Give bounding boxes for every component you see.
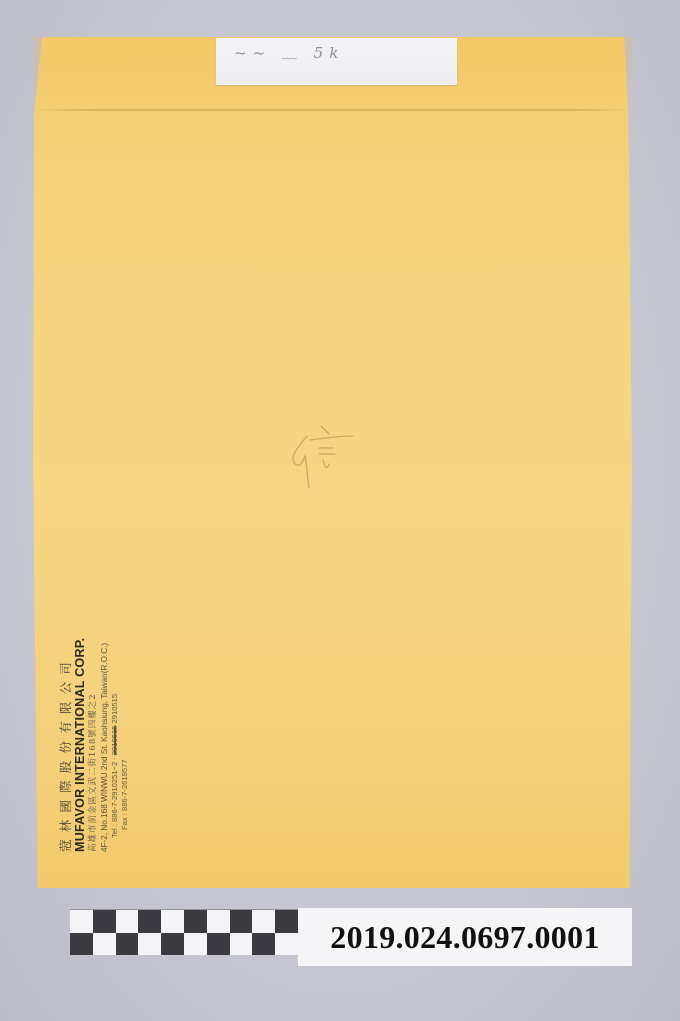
scale-square [275,910,298,933]
tape-handwriting: ~~ ﹏ 5k [234,42,344,63]
flap-fold-line [33,109,632,111]
color-scale-bar [70,910,298,955]
company-name-zh: 蒄林國際股份有限公司 [58,638,73,852]
scale-square [161,910,184,933]
fax: Fax : 886-7-2619577 [120,638,130,852]
scale-square [70,933,93,956]
accession-number: 2019.024.0697.0001 [330,919,599,956]
scale-square [252,933,275,956]
address-zh: 高雄市前金區文武二街168號四樓之2 [87,638,99,852]
scale-square [93,910,116,933]
scale-square [93,933,116,956]
scale-square [207,910,230,933]
scale-square [184,933,207,956]
scale-square [70,910,93,933]
telephone: Tel : 886-7-2910251~2 ‧ 2910515 2910515 [110,638,120,852]
scale-square [275,933,298,956]
company-name-en: MUFAVOR INTERNATIONAL CORP. [73,638,87,852]
scale-square [161,933,184,956]
scale-square [138,933,161,956]
accession-number-label: 2019.024.0697.0001 [298,908,632,966]
scale-square [230,933,253,956]
scale-square [207,933,230,956]
scale-square [184,910,207,933]
sender-address-stamp: 蒄林國際股份有限公司 MUFAVOR INTERNATIONAL CORP. 高… [58,638,130,852]
scale-square [230,910,253,933]
pencil-mark [285,418,365,498]
struck-number: 2910515 [110,726,119,756]
address-en: 4F-2, No.168 WINWU 2nd St. Kaohsiung, Ta… [99,638,110,852]
scale-square [116,910,139,933]
paper-tape-label: ~~ ﹏ 5k [216,38,457,85]
scale-square [252,910,275,933]
scale-square [116,933,139,956]
scale-square [138,910,161,933]
